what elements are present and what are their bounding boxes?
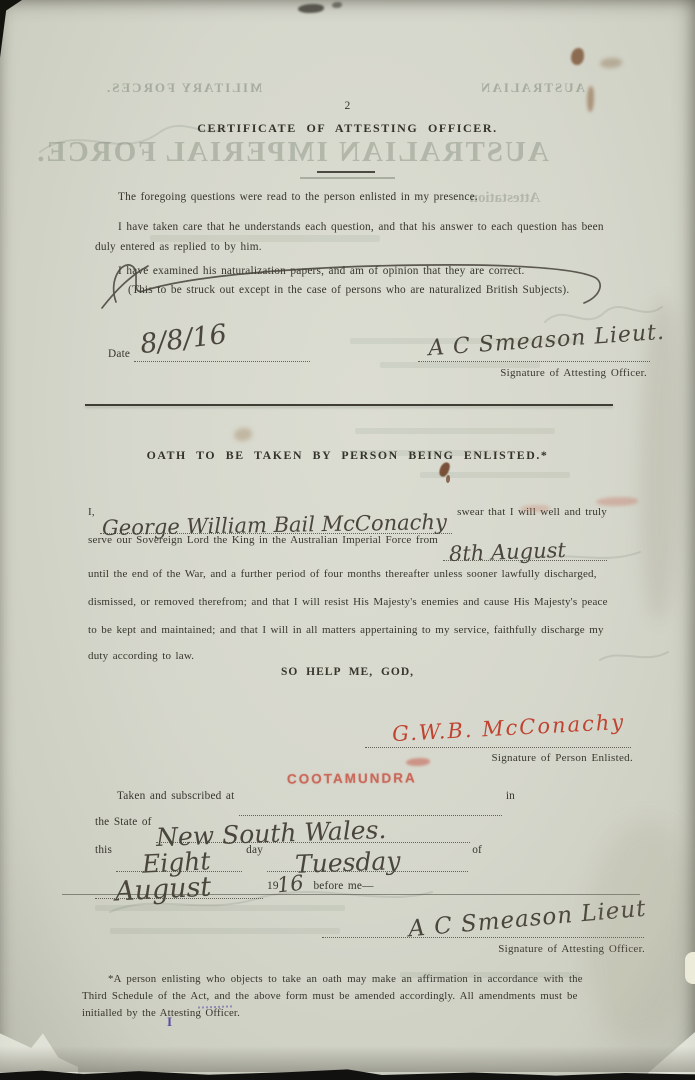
weekday-handwritten: Tuesday [295,848,401,877]
oath-opening: I, [88,506,95,518]
bleedthrough-masthead-left: AUSTRALIAN [479,80,585,96]
so-help-me-god: SO HELP ME, GOD, [0,666,695,678]
purple-ink-mark: I [167,1014,172,1030]
officer-signature-caption-1: Signature of Attesting Officer. [500,367,647,379]
date-label: Date [108,348,130,360]
bottom-shadow [0,1046,695,1072]
pre-signature-rule [62,894,640,895]
oath-line-6: duty according to law. [88,646,607,666]
taken-at-label: Taken and subscribed at [117,790,235,802]
bleedthrough-big-title: AUSTRALIAN IMPERIAL FORCE. [0,136,592,169]
section-divider-rule [85,404,613,406]
state-handwritten: New South Wales. [155,817,386,850]
heading-rule [317,171,375,173]
in-label: in [506,790,515,802]
attestation-form-scan: AUSTRALIAN MILITARY FORCES. AUSTRALIAN I… [0,0,695,1080]
footnote-line-2: Third Schedule of the Act, and the above… [82,988,610,1005]
before-me-label: before me— [313,880,373,892]
subscription-block: Taken and subscribed at in the State of … [95,790,600,900]
person-signature-caption: Signature of Person Enlisted. [491,752,633,764]
subscription-line-2: the State of New South Wales. [95,816,600,844]
month-handwritten: August [114,873,212,905]
place-dotted-line [239,804,502,816]
footnote-line-3: initialled by the Attesting Officer. [82,1005,610,1022]
oath-line-4: dismissed, or removed therefrom; and tha… [88,590,607,618]
bleedthrough-masthead-right: MILITARY FORCES. [105,80,262,96]
cootamundra-stamp: COOTAMUNDRA [287,770,417,786]
heading-rule-bleed [300,177,395,179]
state-dotted-line: New South Wales. [156,831,470,843]
pen-strikethrough [86,250,621,316]
oath-paragraph: I, George William Bail McConachy swear t… [88,506,607,666]
state-label: the State of [95,816,152,828]
this-label: this [95,844,112,856]
subscription-line-3: this Eight day Tuesday of [95,844,600,872]
month-dotted-line: August [95,887,263,899]
footnote-line-1: *A person enlisting who objects to take … [108,971,610,988]
daynum-dotted-line: Eight [116,860,242,872]
bleedthrough-masthead: AUSTRALIAN MILITARY FORCES. [105,80,585,96]
paragraph-presence: The foregoing questions were read to the… [118,191,478,203]
oath-name-dotted-line: George William Bail McConachy [100,522,452,534]
oath-heading: OATH TO BE TAKEN BY PERSON BEING ENLISTE… [0,448,695,463]
person-signature-dotted-line [365,736,631,748]
oath-line-3: until the end of the War, and a further … [88,562,607,590]
subscription-line-1: Taken and subscribed at in [95,790,600,816]
of-label: of [472,844,482,856]
oath-date-handwritten: 8th August [449,540,567,565]
oath-date-dotted-line: 8th August [443,549,607,561]
footnote: *A person enlisting who objects to take … [82,971,610,1022]
paragraph-answers-line1: I have taken care that he understands ea… [118,221,604,233]
certificate-heading: CERTIFICATE OF ATTESTING OFFICER. [0,121,695,136]
year-handwritten: 16 [276,873,305,897]
corner-black-top-left [0,0,22,58]
oath-line-5: to be kept and maintained; and that I wi… [88,618,607,646]
torn-white-right-notch [685,952,695,984]
